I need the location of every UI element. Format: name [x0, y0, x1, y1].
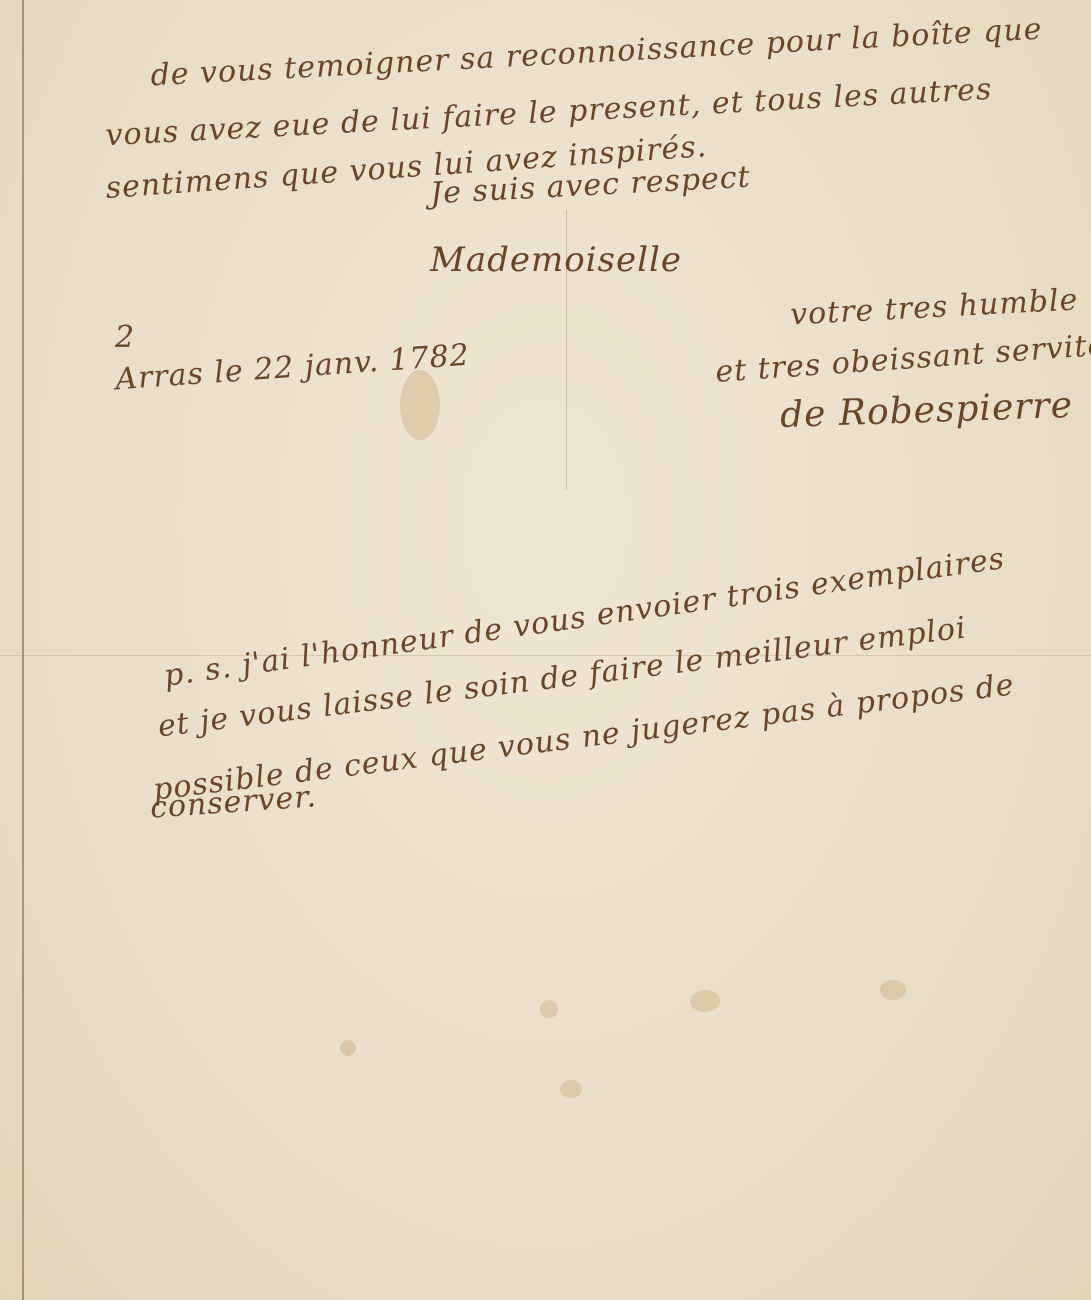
stain	[340, 1040, 356, 1056]
stain	[540, 1000, 558, 1018]
page-mark: 2	[115, 320, 135, 355]
salutation: Mademoiselle	[430, 240, 682, 280]
signature-line-1: votre tres humble	[789, 282, 1079, 332]
letter-page: de vous temoigner sa reconnoissance pour…	[0, 0, 1091, 1300]
stain	[560, 1080, 582, 1098]
signature-line-2: et tres obeissant serviteur	[714, 325, 1091, 390]
stain	[880, 980, 906, 1000]
stain	[690, 990, 720, 1012]
signature: de Robespierre	[779, 385, 1073, 436]
left-fold-line	[22, 0, 24, 1300]
horizontal-fold-line	[0, 655, 1091, 656]
stain	[400, 370, 440, 440]
